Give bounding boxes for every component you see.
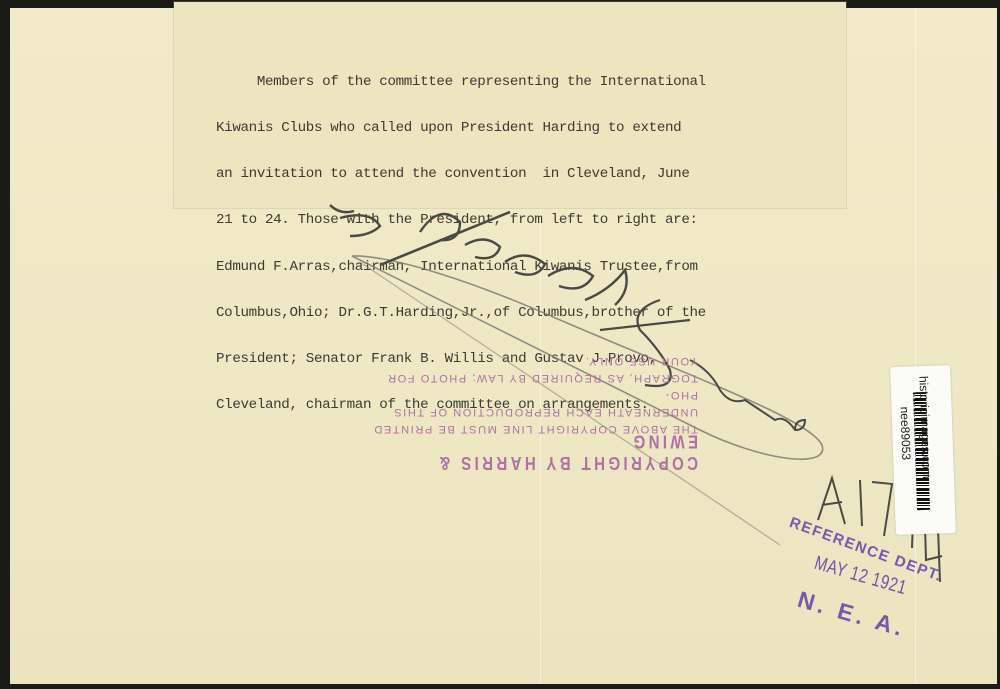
barcode-site-text: historicimages.com [916, 376, 934, 479]
barcode-label: historicimages.com nee89053 [890, 365, 956, 535]
copyright-line: TOGRAPH, AS REQUIRED BY LAW; PHOTO FOR [368, 369, 698, 386]
copyright-line: UNDERNEATH EACH REPRODUCTION OF THIS PHO… [368, 386, 698, 420]
copyright-heading: COPYRIGHT BY HARRIS & EWING [368, 431, 698, 474]
pencil-handwriting [0, 0, 1000, 689]
copyright-stamp: COPYRIGHT BY HARRIS & EWING THE ABOVE CO… [368, 352, 698, 473]
copyright-line: YOUR USE ONLY. [368, 352, 698, 369]
barcode-id-text: nee89053 [897, 406, 913, 460]
